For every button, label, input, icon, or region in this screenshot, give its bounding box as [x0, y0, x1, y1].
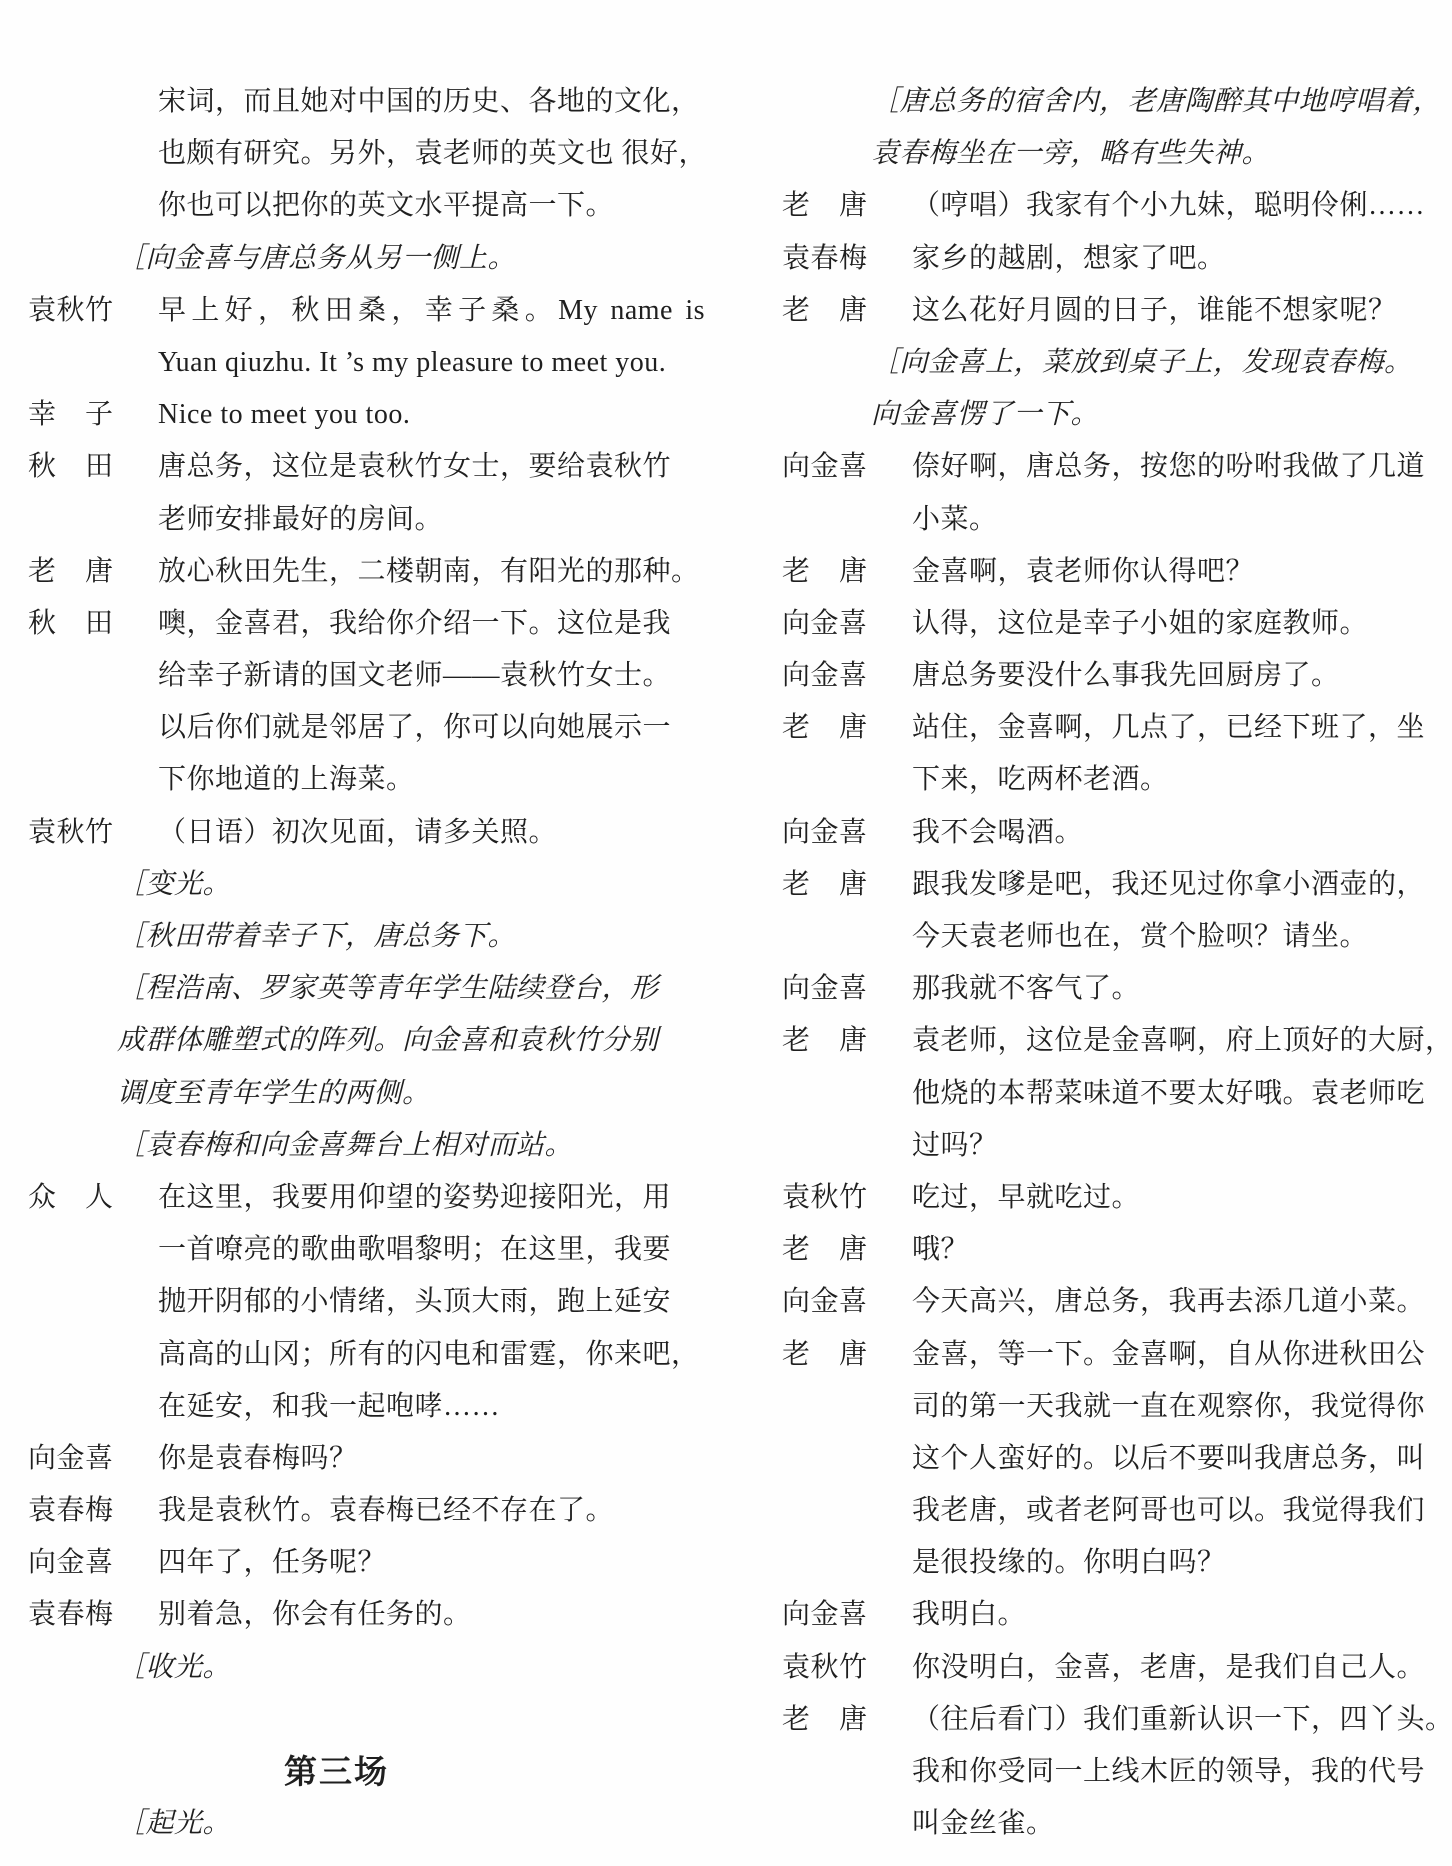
line-text: 司的第一天我就一直在观察你，我觉得你 [912, 1391, 1425, 1422]
speaker-name: 袁春梅 [782, 233, 912, 285]
speaker-name: 老 唐 [782, 1329, 912, 1381]
script-line: 袁秋竹（日语）初次见面，请多关照。 [28, 807, 705, 859]
script-line: 调度至青年学生的两侧。 [28, 1068, 705, 1120]
script-line [28, 1694, 705, 1746]
script-line: ［秋田带着幸子下，唐总务下。 [28, 911, 705, 963]
line-text: 金喜，等一下。金喜啊，自从你进秋田公 [912, 1339, 1425, 1370]
scene-heading: 第三场 [28, 1746, 705, 1798]
speaker-name: 众 人 [28, 1172, 158, 1224]
script-line: 我和你受同一上线木匠的领导，我的代号 [782, 1746, 1444, 1798]
script-line: 向金喜倷好啊，唐总务，按您的吩咐我做了几道 [782, 441, 1444, 493]
speaker-name: 秋 田 [28, 598, 158, 650]
script-line: 成群体雕塑式的阵列。向金喜和袁秋竹分别 [28, 1015, 705, 1067]
line-text: 宋词，而且她对中国的历史、各地的文化， [158, 86, 700, 117]
script-line: 你也可以把你的英文水平提高一下。 [28, 180, 705, 232]
line-text: 倷好啊，唐总务，按您的吩咐我做了几道 [912, 451, 1425, 482]
speaker-name: 袁秋竹 [782, 1642, 912, 1694]
line-text: ［变光。 [117, 869, 231, 900]
speaker-name: 老 唐 [28, 546, 158, 598]
script-line: 袁秋竹你没明白，金喜，老唐，是我们自己人。 [782, 1642, 1444, 1694]
line-text: 金喜啊，袁老师你认得吧？ [912, 556, 1254, 587]
line-text: 噢，金喜君，我给你介绍一下。这位是我 [158, 608, 671, 639]
script-line: 也颇有研究。另外，袁老师的英文也 很好， [28, 128, 705, 180]
line-text: ［程浩南、罗家英等青年学生陆续登台，形 [117, 973, 659, 1004]
script-line: 老 唐哦？ [782, 1224, 1444, 1276]
speaker-name: 袁春梅 [28, 1485, 158, 1537]
script-line: 这个人蛮好的。以后不要叫我唐总务，叫 [782, 1433, 1444, 1485]
script-line: 老 唐跟我发嗲是吧，我还见过你拿小酒壶的， [782, 859, 1444, 911]
script-line: 秋 田噢，金喜君，我给你介绍一下。这位是我 [28, 598, 705, 650]
script-line: 幸 子Nice to meet you too. [28, 389, 705, 441]
script-line: 高高的山冈；所有的闪电和雷霆，你来吧， [28, 1329, 705, 1381]
line-text: 家乡的越剧，想家了吧。 [912, 243, 1226, 274]
line-text: 唐总务，这位是袁秋竹女士，要给袁秋竹 [158, 451, 671, 482]
line-text: 给幸子新请的国文老师——袁秋竹女士。 [158, 660, 671, 691]
script-line: 以后你们就是邻居了，你可以向她展示一 [28, 702, 705, 754]
speaker-name: 向金喜 [782, 1276, 912, 1328]
script-line: 向金喜我明白。 [782, 1589, 1444, 1641]
line-text: 成群体雕塑式的阵列。向金喜和袁秋竹分别 [117, 1025, 659, 1056]
script-line: Yuan qiuzhu. It ’s my pleasure to meet y… [28, 337, 705, 389]
line-text: 站住，金喜啊，几点了，已经下班了，坐 [912, 712, 1425, 743]
speaker-name: 老 唐 [782, 546, 912, 598]
right-column: ［唐总务的宿舍内，老唐陶醉其中地哼唱着，袁春梅坐在一旁，略有些失神。老 唐（哼唱… [782, 76, 1444, 1850]
speaker-name: 袁秋竹 [28, 285, 158, 337]
speaker-name: 向金喜 [28, 1537, 158, 1589]
speaker-name: 老 唐 [782, 1015, 912, 1067]
line-text: Yuan qiuzhu. It ’s my pleasure to meet y… [158, 347, 666, 378]
script-line: 我老唐，或者老阿哥也可以。我觉得我们 [782, 1485, 1444, 1537]
line-text: ［秋田带着幸子下，唐总务下。 [117, 921, 516, 952]
speaker-name: 幸 子 [28, 389, 158, 441]
speaker-name: 老 唐 [782, 180, 912, 232]
line-text: （往后看门）我们重新认识一下，四丫头。 [912, 1704, 1452, 1735]
line-text: 今天高兴，唐总务，我再去添几道小菜。 [912, 1286, 1425, 1317]
line-text: Nice to meet you too. [158, 399, 410, 430]
script-line: 老 唐（往后看门）我们重新认识一下，四丫头。 [782, 1694, 1444, 1746]
line-text: 这么花好月圆的日子，谁能不想家呢？ [912, 295, 1397, 326]
speaker-name: 袁春梅 [28, 1589, 158, 1641]
line-text: 高高的山冈；所有的闪电和雷霆，你来吧， [158, 1339, 700, 1370]
script-line: 老 唐金喜啊，袁老师你认得吧？ [782, 546, 1444, 598]
line-text: ［收光。 [117, 1652, 231, 1683]
script-line: 在延安，和我一起咆哮…… [28, 1381, 705, 1433]
speaker-name: 老 唐 [782, 702, 912, 754]
speaker-name: 向金喜 [782, 441, 912, 493]
line-text: 以后你们就是邻居了，你可以向她展示一 [158, 712, 671, 743]
line-text: 一首嘹亮的歌曲歌唱黎明；在这里，我要 [158, 1234, 671, 1265]
line-text: 别着急，你会有任务的。 [158, 1599, 472, 1630]
script-line: 老 唐这么花好月圆的日子，谁能不想家呢？ [782, 285, 1444, 337]
script-line: 向金喜我不会喝酒。 [782, 807, 1444, 859]
script-line: 老 唐袁老师，这位是金喜啊，府上顶好的大厨， [782, 1015, 1444, 1067]
speaker-name: 向金喜 [782, 807, 912, 859]
script-line: 今天袁老师也在，赏个脸呗？请坐。 [782, 911, 1444, 963]
line-text: 认得，这位是幸子小姐的家庭教师。 [912, 608, 1368, 639]
line-text: 你是袁春梅吗？ [158, 1443, 358, 1474]
line-text: 下你地道的上海菜。 [158, 764, 415, 795]
line-text: ［唐总务的宿舍内，老唐陶醉其中地哼唱着， [871, 86, 1441, 117]
script-line: 他烧的本帮菜味道不要太好哦。袁老师吃 [782, 1068, 1444, 1120]
script-line: 袁春梅别着急，你会有任务的。 [28, 1589, 705, 1641]
line-text: 四年了，任务呢？ [158, 1547, 386, 1578]
script-line: 袁春梅我是袁秋竹。袁春梅已经不存在了。 [28, 1485, 705, 1537]
left-column: 宋词，而且她对中国的历史、各地的文化，也颇有研究。另外，袁老师的英文也 很好，你… [28, 76, 705, 1850]
line-text: 调度至青年学生的两侧。 [117, 1078, 431, 1109]
script-line: ［唐总务的宿舍内，老唐陶醉其中地哼唱着， [782, 76, 1444, 128]
line-text: 袁春梅坐在一旁，略有些失神。 [871, 138, 1270, 169]
line-text: 是很投缘的。你明白吗？ [912, 1547, 1226, 1578]
script-line: 小菜。 [782, 494, 1444, 546]
script-line: 众 人在这里，我要用仰望的姿势迎接阳光，用 [28, 1172, 705, 1224]
line-text: 也颇有研究。另外，袁老师的英文也 很好， [158, 138, 707, 169]
script-line: ［起光。 [28, 1798, 705, 1850]
script-line: 秋 田唐总务，这位是袁秋竹女士，要给袁秋竹 [28, 441, 705, 493]
line-text: 我老唐，或者老阿哥也可以。我觉得我们 [912, 1495, 1425, 1526]
line-text: 老师安排最好的房间。 [158, 504, 443, 535]
script-line: 向金喜四年了，任务呢？ [28, 1537, 705, 1589]
line-text: 放心秋田先生，二楼朝南，有阳光的那种。 [158, 556, 700, 587]
script-line: 过吗？ [782, 1120, 1444, 1172]
script-line: ［变光。 [28, 859, 705, 911]
script-line: 向金喜愣了一下。 [782, 389, 1444, 441]
line-text: 在这里，我要用仰望的姿势迎接阳光，用 [158, 1182, 671, 1213]
line-text: ［向金喜与唐总务从另一侧上。 [117, 243, 516, 274]
speaker-name: 老 唐 [782, 1694, 912, 1746]
line-text: 向金喜愣了一下。 [871, 399, 1099, 430]
speaker-name: 老 唐 [782, 859, 912, 911]
line-text: 这个人蛮好的。以后不要叫我唐总务，叫 [912, 1443, 1425, 1474]
script-line: 老 唐放心秋田先生，二楼朝南，有阳光的那种。 [28, 546, 705, 598]
script-line: 一首嘹亮的歌曲歌唱黎明；在这里，我要 [28, 1224, 705, 1276]
script-line: 袁春梅家乡的越剧，想家了吧。 [782, 233, 1444, 285]
speaker-name: 袁秋竹 [28, 807, 158, 859]
line-text: 抛开阴郁的小情绪，头顶大雨，跑上延安 [158, 1286, 671, 1317]
script-line: 司的第一天我就一直在观察你，我觉得你 [782, 1381, 1444, 1433]
line-text: 我是袁秋竹。袁春梅已经不存在了。 [158, 1495, 614, 1526]
script-line: 老 唐（哼唱）我家有个小九妹，聪明伶俐…… [782, 180, 1444, 232]
speaker-name: 老 唐 [782, 1224, 912, 1276]
script-line: 是很投缘的。你明白吗？ [782, 1537, 1444, 1589]
line-text: 哦？ [912, 1234, 969, 1265]
script-line: 袁秋竹吃过，早就吃过。 [782, 1172, 1444, 1224]
script-line: 向金喜唐总务要没什么事我先回厨房了。 [782, 650, 1444, 702]
script-line: 下来，吃两杯老酒。 [782, 754, 1444, 806]
script-line: 叫金丝雀。 [782, 1798, 1444, 1850]
line-text: 我和你受同一上线木匠的领导，我的代号 [912, 1756, 1425, 1787]
line-text: ［向金喜上，菜放到桌子上，发现袁春梅。 [871, 347, 1413, 378]
line-text: 他烧的本帮菜味道不要太好哦。袁老师吃 [912, 1078, 1425, 1109]
line-text: 那我就不客气了。 [912, 973, 1140, 1004]
scene-heading-text: 第三场 [284, 1753, 389, 1790]
script-line: 老 唐金喜，等一下。金喜啊，自从你进秋田公 [782, 1329, 1444, 1381]
script-line: 老 唐站住，金喜啊，几点了，已经下班了，坐 [782, 702, 1444, 754]
line-text: 小菜。 [912, 504, 998, 535]
script-line: 向金喜认得，这位是幸子小姐的家庭教师。 [782, 598, 1444, 650]
script-line: 向金喜那我就不客气了。 [782, 963, 1444, 1015]
line-text: 今天袁老师也在，赏个脸呗？请坐。 [912, 921, 1368, 952]
line-text: ［袁春梅和向金喜舞台上相对而站。 [117, 1130, 573, 1161]
line-text: 你没明白，金喜，老唐，是我们自己人。 [912, 1652, 1425, 1683]
line-text: 早上好，秋田桑，幸子桑。My name is [158, 285, 705, 337]
line-text: 吃过，早就吃过。 [912, 1182, 1140, 1213]
script-line: ［收光。 [28, 1642, 705, 1694]
speaker-name: 向金喜 [782, 963, 912, 1015]
speaker-name: 老 唐 [782, 285, 912, 337]
line-text: 过吗？ [912, 1130, 998, 1161]
line-text: 我不会喝酒。 [912, 817, 1083, 848]
line-text: 下来，吃两杯老酒。 [912, 764, 1169, 795]
speaker-name: 向金喜 [782, 650, 912, 702]
script-page: 宋词，而且她对中国的历史、各地的文化，也颇有研究。另外，袁老师的英文也 很好，你… [0, 0, 1452, 1866]
line-text: （日语）初次见面，请多关照。 [158, 817, 557, 848]
speaker-name: 向金喜 [782, 598, 912, 650]
script-line: ［向金喜上，菜放到桌子上，发现袁春梅。 [782, 337, 1444, 389]
speaker-name: 秋 田 [28, 441, 158, 493]
line-text: 在延安，和我一起咆哮…… [158, 1391, 500, 1422]
script-line: ［袁春梅和向金喜舞台上相对而站。 [28, 1120, 705, 1172]
script-line: 下你地道的上海菜。 [28, 754, 705, 806]
line-text: ［起光。 [117, 1808, 231, 1839]
line-text: 唐总务要没什么事我先回厨房了。 [912, 660, 1340, 691]
script-line: 宋词，而且她对中国的历史、各地的文化， [28, 76, 705, 128]
script-line: ［程浩南、罗家英等青年学生陆续登台，形 [28, 963, 705, 1015]
script-line: 袁春梅坐在一旁，略有些失神。 [782, 128, 1444, 180]
line-text: 你也可以把你的英文水平提高一下。 [158, 190, 614, 221]
line-text: 袁老师，这位是金喜啊，府上顶好的大厨， [912, 1025, 1452, 1056]
line-text: 叫金丝雀。 [912, 1808, 1055, 1839]
line-text: 跟我发嗲是吧，我还见过你拿小酒壶的， [912, 869, 1425, 900]
script-line: 给幸子新请的国文老师——袁秋竹女士。 [28, 650, 705, 702]
script-line: 抛开阴郁的小情绪，头顶大雨，跑上延安 [28, 1276, 705, 1328]
script-line: 向金喜你是袁春梅吗？ [28, 1433, 705, 1485]
line-text: （哼唱）我家有个小九妹，聪明伶俐…… [912, 190, 1425, 221]
line-text: 我明白。 [912, 1599, 1026, 1630]
script-line: 袁秋竹早上好，秋田桑，幸子桑。My name is [28, 285, 705, 337]
speaker-name: 向金喜 [782, 1589, 912, 1641]
script-line: 老师安排最好的房间。 [28, 494, 705, 546]
speaker-name: 向金喜 [28, 1433, 158, 1485]
script-line: ［向金喜与唐总务从另一侧上。 [28, 233, 705, 285]
speaker-name: 袁秋竹 [782, 1172, 912, 1224]
script-line: 向金喜今天高兴，唐总务，我再去添几道小菜。 [782, 1276, 1444, 1328]
